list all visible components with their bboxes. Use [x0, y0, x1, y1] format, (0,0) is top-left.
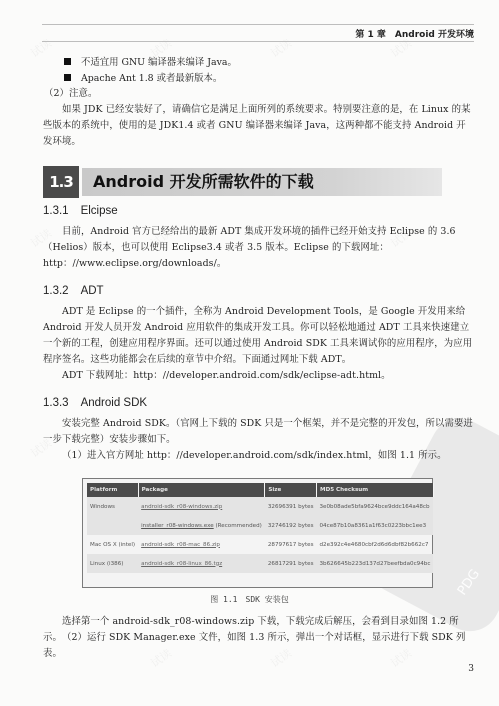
- book-page: 试读 试读 试读 试读 试读 试读 试读 试读 试读 试读 试读 试读 PDG …: [0, 0, 499, 706]
- size-cell: 28797617 bytes: [265, 535, 317, 554]
- table-row: installer_r08-windows.exe (Recommended) …: [87, 516, 433, 535]
- size-cell: 32746192 bytes: [265, 516, 317, 535]
- bullet-item: Apache Ant 1.8 或者最新版本。: [64, 72, 222, 86]
- recommended-note: (Recommended): [214, 523, 262, 529]
- square-bullet-icon: [64, 74, 71, 81]
- platform-cell: Mac OS X (intel): [87, 535, 138, 554]
- eclipse-paragraph: 目前，Android 官方已经给出的最新 ADT 集成开发环境的插件已经开始支持…: [43, 224, 475, 272]
- package-link[interactable]: android-sdk_r08-windows.zip: [138, 497, 265, 516]
- note-label: （2）注意。: [44, 86, 476, 102]
- section-banner: 1.3 Android 开发所需软件的下载: [43, 166, 475, 198]
- header-rule-bottom: [42, 41, 474, 42]
- sdk-step-2: （2）运行 SDK Manager.exe 文件，如图 1.3 所示，弹出一个对…: [43, 630, 475, 662]
- platform-cell: [87, 516, 138, 535]
- sdk-download-table-figure: Platform Package Size MD5 Checksum Windo…: [82, 478, 433, 588]
- table-row: Linux (i386) android-sdk_r08-linux_86.tg…: [87, 554, 433, 573]
- platform-cell: Windows: [87, 497, 138, 516]
- table-row: Mac OS X (intel) android-sdk_r08-mac_86.…: [87, 535, 433, 554]
- platform-cell: Linux (i386): [87, 554, 138, 573]
- table-header-row: Platform Package Size MD5 Checksum: [87, 483, 433, 497]
- column-header-package: Package: [138, 483, 265, 497]
- package-cell: installer_r08-windows.exe (Recommended): [138, 516, 265, 535]
- package-link[interactable]: android-sdk_r08-mac_86.zip: [138, 535, 265, 554]
- column-header-platform: Platform: [87, 483, 138, 497]
- adt-paragraph: ADT 是 Eclipse 的一个插件，全称为 Android Developm…: [43, 304, 475, 368]
- section-number: 1.3: [43, 166, 79, 198]
- subsection-heading-eclipse: 1.3.1Elcipse: [43, 205, 118, 217]
- sdk-download-table: Platform Package Size MD5 Checksum Windo…: [87, 483, 434, 573]
- adt-download-url: ADT 下载网址：http：//developer.android.com/sd…: [43, 368, 475, 384]
- header-rule-top: [42, 24, 474, 25]
- table-row: Windows android-sdk_r08-windows.zip 3269…: [87, 497, 433, 516]
- md5-cell: 04ce87b10a8361a1f63c0223bbc1ee3: [317, 516, 434, 535]
- figure-caption: 图 1.1 SDK 安装包: [0, 594, 499, 605]
- running-header: 第 1 章 Android 开发环境: [355, 27, 474, 40]
- column-header-size: Size: [265, 483, 317, 497]
- subsection-heading-android-sdk: 1.3.3Android SDK: [43, 397, 147, 409]
- column-header-md5: MD5 Checksum: [317, 483, 434, 497]
- md5-cell: d2e392c4e4680cbf2d6d6dbf82b662c7: [317, 535, 434, 554]
- bullet-item: 不适宜用 GNU 编译器来编译 Java。: [64, 56, 237, 70]
- square-bullet-icon: [64, 58, 71, 65]
- subsection-heading-adt: 1.3.2ADT: [43, 285, 104, 297]
- page-number: 3: [468, 664, 474, 674]
- sdk-paragraph: 安装完整 Android SDK。（官网上下载的 SDK 只是一个框架，并不是完…: [43, 416, 475, 448]
- md5-cell: 3b626645b223d137d27beefbda0c94bc: [317, 554, 434, 573]
- section-title: Android 开发所需软件的下载: [93, 170, 314, 194]
- package-link[interactable]: android-sdk_r08-linux_86.tgz: [138, 554, 265, 573]
- size-cell: 26817291 bytes: [265, 554, 317, 573]
- md5-cell: 3e0b08ade5bfa9624bce9ddc164a48cb: [317, 497, 434, 516]
- size-cell: 32696391 bytes: [265, 497, 317, 516]
- package-link[interactable]: installer_r08-windows.exe: [141, 523, 214, 529]
- note-paragraph: 如果 JDK 已经安装好了，请确信它是满足上面所列的系统要求。特别要注意的是，在…: [43, 102, 475, 150]
- sdk-step-1: （1）进入官方网址 http：//developer.android.com/s…: [43, 448, 475, 464]
